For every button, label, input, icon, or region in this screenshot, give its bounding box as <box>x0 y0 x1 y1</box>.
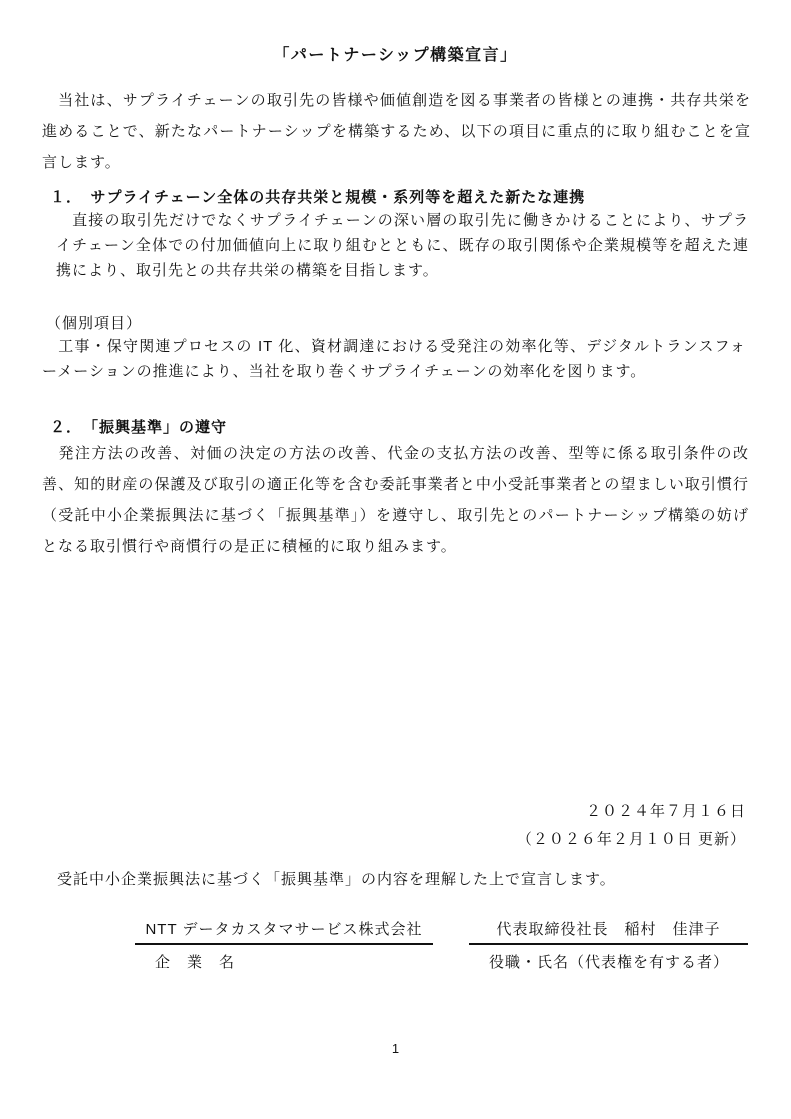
representative-name-label: 役職・氏名（代表権を有する者） <box>469 951 748 972</box>
individual-items-label: （個別項目） <box>46 312 142 333</box>
signature-company-column: NTT データカスタマサービス株式会社 企 業 名 <box>135 918 433 972</box>
page-number: 1 <box>0 1041 791 1056</box>
intro-paragraph: 当社は、サプライチェーンの取引先の皆様や価値創造を図る事業者の皆様との連携・共存… <box>42 85 751 178</box>
company-name-value: NTT データカスタマサービス株式会社 <box>135 918 433 945</box>
signature-block: NTT データカスタマサービス株式会社 企 業 名 代表取締役社長 稲村 佳津子… <box>135 918 748 972</box>
representative-name-value: 代表取締役社長 稲村 佳津子 <box>469 918 748 945</box>
understanding-statement: 受託中小企業振興法に基づく「振興基準」の内容を理解した上で宣言します。 <box>57 868 616 889</box>
section-1-body: 直接の取引先だけでなくサプライチェーンの深い層の取引先に働きかけることにより、サ… <box>56 208 749 283</box>
document-title: 「パートナーシップ構築宣言」 <box>0 42 791 65</box>
individual-items-body: 工事・保守関連プロセスの IT 化、資材調達における受発注の効率化等、デジタルト… <box>42 334 746 384</box>
declaration-date: ２０２４年７月１６日 <box>586 800 746 821</box>
section-1-heading: １． サプライチェーン全体の共存共栄と規模・系列等を超えた新たな連携 <box>50 186 585 207</box>
section-2-heading: ２． 「振興基準」の遵守 <box>50 416 227 437</box>
update-date: （２０２６年２月１０日 更新） <box>517 828 746 849</box>
company-name-label: 企 業 名 <box>135 951 433 972</box>
section-2-body: 発注方法の改善、対価の決定の方法の改善、代金の支払方法の改善、型等に係る取引条件… <box>42 438 749 562</box>
document-page: 「パートナーシップ構築宣言」 当社は、サプライチェーンの取引先の皆様や価値創造を… <box>0 0 791 1119</box>
signature-representative-column: 代表取締役社長 稲村 佳津子 役職・氏名（代表権を有する者） <box>469 918 748 972</box>
